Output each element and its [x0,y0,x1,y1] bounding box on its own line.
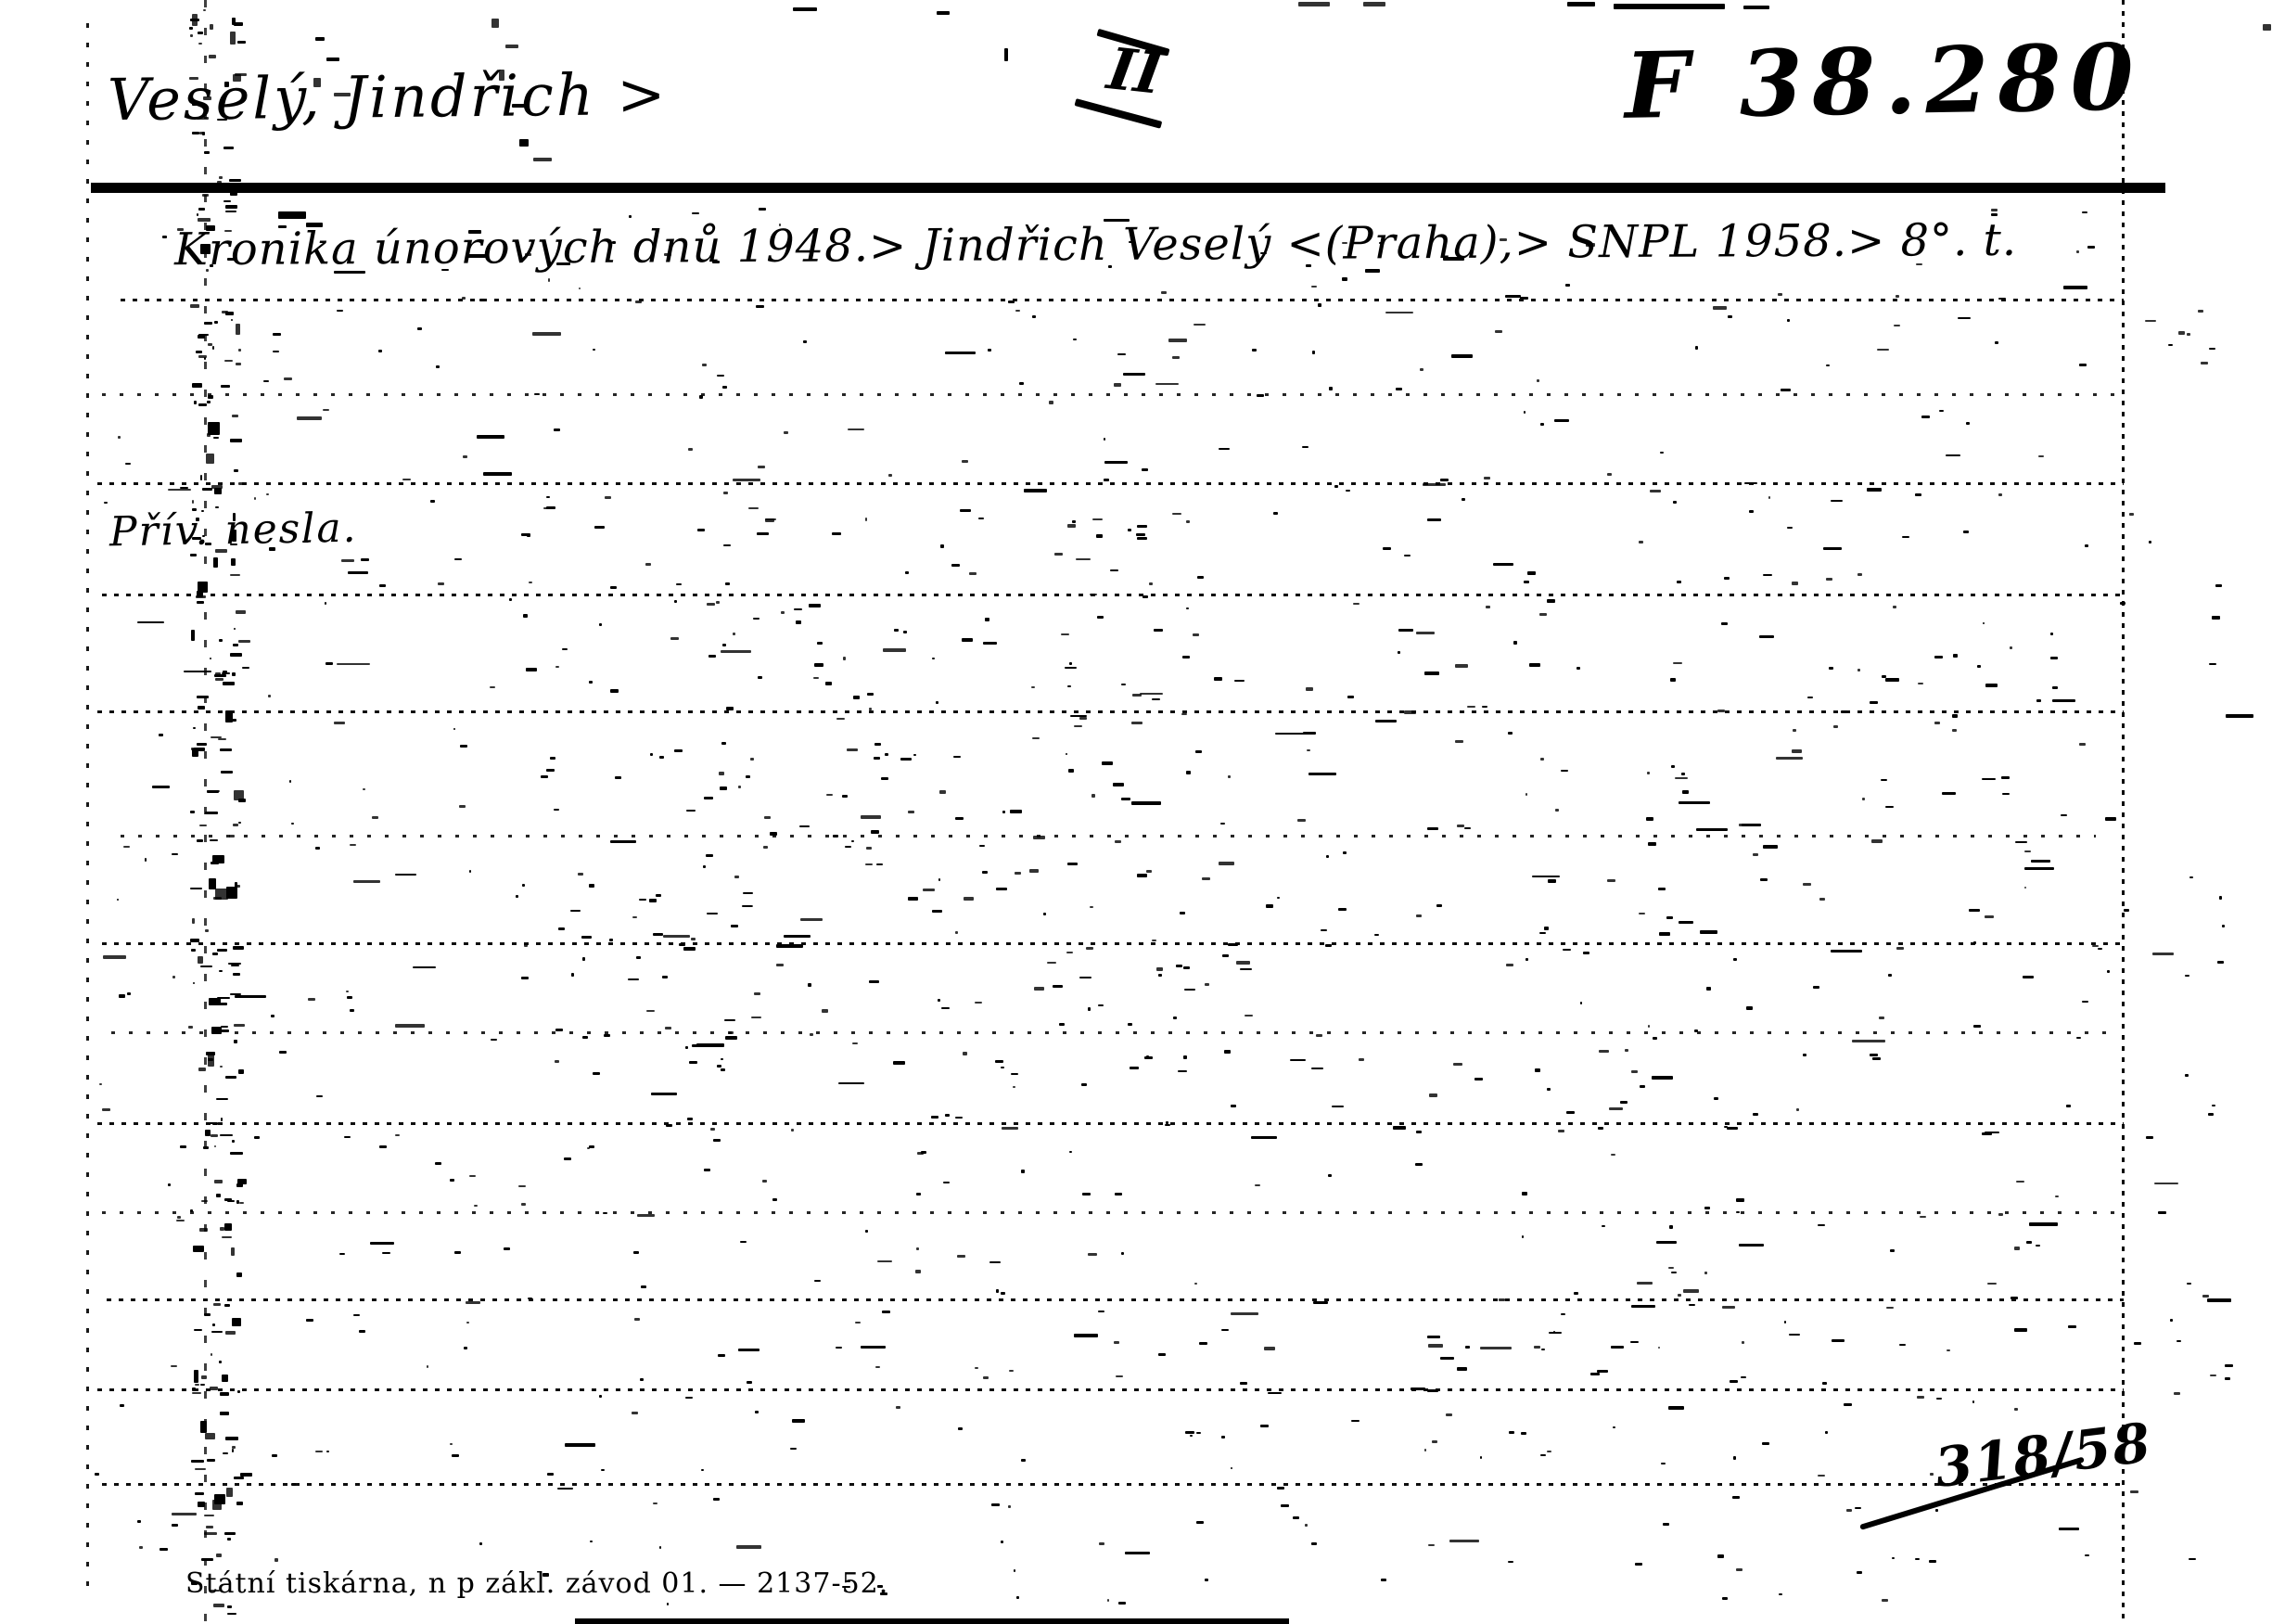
roman-numeral: II [1079,25,1190,132]
ruled-line [102,1211,2124,1214]
ruled-line [97,1388,2124,1391]
ruled-line [102,594,2124,596]
header-rule [91,183,2165,193]
ruled-line [121,299,2124,301]
roman-numeral-text: II [1098,41,1172,102]
author-heading: Veselý, Jindřich > [108,66,669,129]
shelfmark: F 38.280 [1624,32,2143,133]
ruled-line [102,942,2124,945]
ruled-line [111,1031,2114,1034]
right-margin-dotted-line [2122,0,2125,1618]
scanned-catalog-card: Veselý, Jindřich > II F 38.280 Kronika ú… [0,0,2285,1624]
ruled-line [97,482,2124,485]
ruled-line [97,710,2124,713]
vertical-fold-line [204,0,207,1621]
bottom-scan-edge [575,1618,1289,1624]
ruled-line [102,393,2124,396]
handwritten-note: Přív. nesla. [109,508,358,554]
left-margin-dotted-line [86,23,89,1600]
ruled-line [102,1483,2124,1486]
ruled-line [97,1122,2124,1125]
ruled-line [121,835,2096,838]
catalog-entry-line: Kronika únorových dnů 1948.> Jindřich Ve… [174,218,2017,272]
printer-imprint: Státní tiskárna, n p zákl. závod 01. — 2… [185,1567,888,1600]
ruled-line [107,1298,2124,1301]
